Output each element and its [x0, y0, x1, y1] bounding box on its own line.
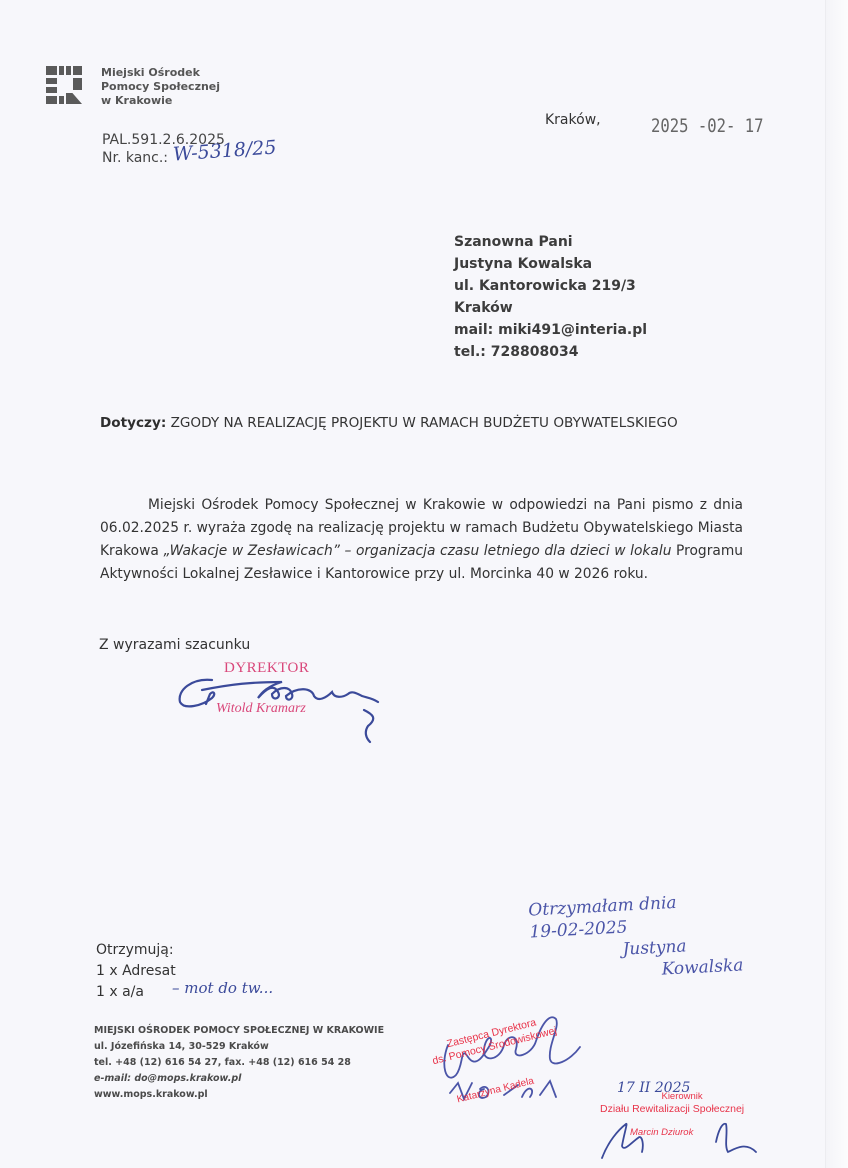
recipient-city: Kraków [454, 297, 647, 319]
place: Kraków, [545, 112, 601, 128]
footer-org: MIEJSKI OŚRODEK POMOCY SPOŁECZNEJ W KRAK… [94, 1023, 384, 1039]
footer-email[interactable]: e-mail: do@mops.krakow.pl [94, 1071, 384, 1087]
head-stamp-line: Kierownik [600, 1090, 744, 1103]
org-name-line: Pomocy Społecznej [101, 80, 220, 94]
org-name-line: w Krakowie [101, 94, 220, 108]
footer-phone: tel. +48 (12) 616 54 27, fax. +48 (12) 6… [94, 1055, 384, 1071]
recipient-mail: mail: miki491@interia.pl [454, 319, 647, 341]
letter-page: Miejski Ośrodek Pomocy Społecznej w Krak… [0, 0, 848, 1168]
recipient-phone: tel.: 728808034 [454, 341, 647, 363]
head-signature [598, 1112, 768, 1160]
salutation: Szanowna Pani [454, 231, 647, 253]
distribution-handwritten-note: – mot do tw... [172, 979, 273, 997]
distribution-label: Otrzymują: [96, 940, 176, 961]
org-name-line: Miejski Ośrodek [101, 66, 220, 80]
project-title: „Wakacje w Zesławicach” – organizacja cz… [163, 543, 671, 559]
subject-text: ZGODY NA REALIZACJĘ PROJEKTU W RAMACH BU… [171, 415, 678, 431]
recipient-name: Justyna Kowalska [454, 253, 647, 275]
org-name: Miejski Ośrodek Pomocy Społecznej w Krak… [101, 66, 220, 108]
subject-line: Dotyczy: ZGODY NA REALIZACJĘ PROJEKTU W … [100, 415, 678, 431]
recipient-street: ul. Kantorowicka 219/3 [454, 275, 647, 297]
scan-edge [825, 0, 848, 1168]
closing-regards: Z wyrazami szacunku [99, 637, 250, 653]
footer-www[interactable]: www.mops.krakow.pl [94, 1087, 384, 1103]
letter-body: Miejski Ośrodek Pomocy Społecznej w Krak… [100, 494, 743, 586]
footer-contact: MIEJSKI OŚRODEK POMOCY SPOŁECZNEJ W KRAK… [94, 1023, 384, 1103]
distribution-item: 1 x a/a [96, 982, 176, 1003]
footer-address: ul. Józefińska 14, 30-529 Kraków [94, 1039, 384, 1055]
received-note: Otrzymałam dnia 19-02-2025 Justyna Kowal… [528, 889, 744, 988]
mops-logo-icon [46, 66, 82, 104]
subject-label: Dotyczy: [100, 415, 166, 431]
recipient-address: Szanowna Pani Justyna Kowalska ul. Kanto… [454, 231, 647, 363]
director-signature [172, 668, 392, 748]
distribution-list: Otrzymują: 1 x Adresat 1 x a/a [96, 940, 176, 1003]
date-stamp: 2025 -02- 17 [651, 115, 764, 137]
distribution-item: 1 x Adresat [96, 961, 176, 982]
